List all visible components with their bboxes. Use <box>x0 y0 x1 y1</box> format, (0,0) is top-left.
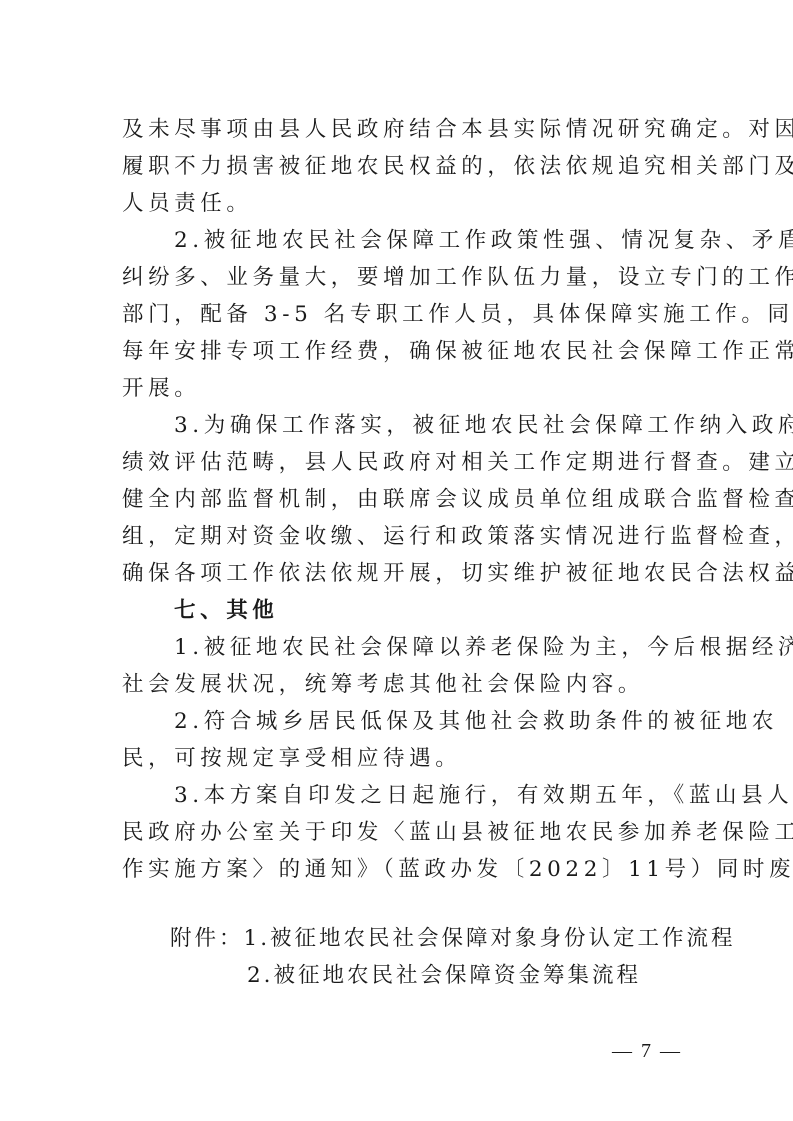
text-line: 民，可按规定享受相应待遇。 <box>122 740 678 777</box>
text-line: 民政府办公室关于印发〈蓝山县被征地农民参加养老保险工 <box>122 814 678 851</box>
text-line: 部门，配备 3-5 名专职工作人员，具体保障实施工作。同时， <box>122 296 678 333</box>
text-line: 开展。 <box>122 370 678 407</box>
text-line: 确保各项工作依法依规开展，切实维护被征地农民合法权益。 <box>122 555 678 592</box>
text-line: 社会发展状况，统筹考虑其他社会保险内容。 <box>122 666 678 703</box>
text-line: 2.符合城乡居民低保及其他社会救助条件的被征地农 <box>122 703 678 740</box>
attachment-item: 附件：1.被征地农民社会保障对象身份认定工作流程 <box>170 920 736 957</box>
text-line: 绩效评估范畴，县人民政府对相关工作定期进行督查。建立 <box>122 444 678 481</box>
text-line: 纠纷多、业务量大，要增加工作队伍力量，设立专门的工作 <box>122 259 678 296</box>
text-line: 作实施方案〉的通知》（蓝政办发〔2022〕11号）同时废止。 <box>122 851 678 888</box>
attachment-title: 2.被征地农民社会保障资金筹集流程 <box>247 963 641 988</box>
attachments-list: 附件：1.被征地农民社会保障对象身份认定工作流程 2.被征地农民社会保障资金筹集… <box>170 920 736 994</box>
attachment-item: 2.被征地农民社会保障资金筹集流程 <box>170 957 736 994</box>
attachments-label: 附件： <box>170 926 244 951</box>
text-line: 3.为确保工作落实，被征地农民社会保障工作纳入政府 <box>122 407 678 444</box>
text-line: 及未尽事项由县人民政府结合本县实际情况研究确定。对因 <box>122 111 678 148</box>
page-number: — 7 — <box>612 1040 682 1063</box>
text-line: 健全内部监督机制，由联席会议成员单位组成联合监督检查 <box>122 481 678 518</box>
text-line: 3.本方案自印发之日起施行，有效期五年，《蓝山县人 <box>122 777 678 814</box>
section-heading: 七、其他 <box>122 592 678 629</box>
text-line: 履职不力损害被征地农民权益的，依法依规追究相关部门及 <box>122 148 678 185</box>
text-line: 人员责任。 <box>122 185 678 222</box>
text-line: 2.被征地农民社会保障工作政策性强、情况复杂、矛盾 <box>122 222 678 259</box>
text-line: 每年安排专项工作经费，确保被征地农民社会保障工作正常 <box>122 333 678 370</box>
document-body: 及未尽事项由县人民政府结合本县实际情况研究确定。对因 履职不力损害被征地农民权益… <box>122 111 678 888</box>
attachment-title: 1.被征地农民社会保障对象身份认定工作流程 <box>244 926 736 951</box>
text-line: 组，定期对资金收缴、运行和政策落实情况进行监督检查， <box>122 518 678 555</box>
text-line: 1.被征地农民社会保障以养老保险为主，今后根据经济 <box>122 629 678 666</box>
